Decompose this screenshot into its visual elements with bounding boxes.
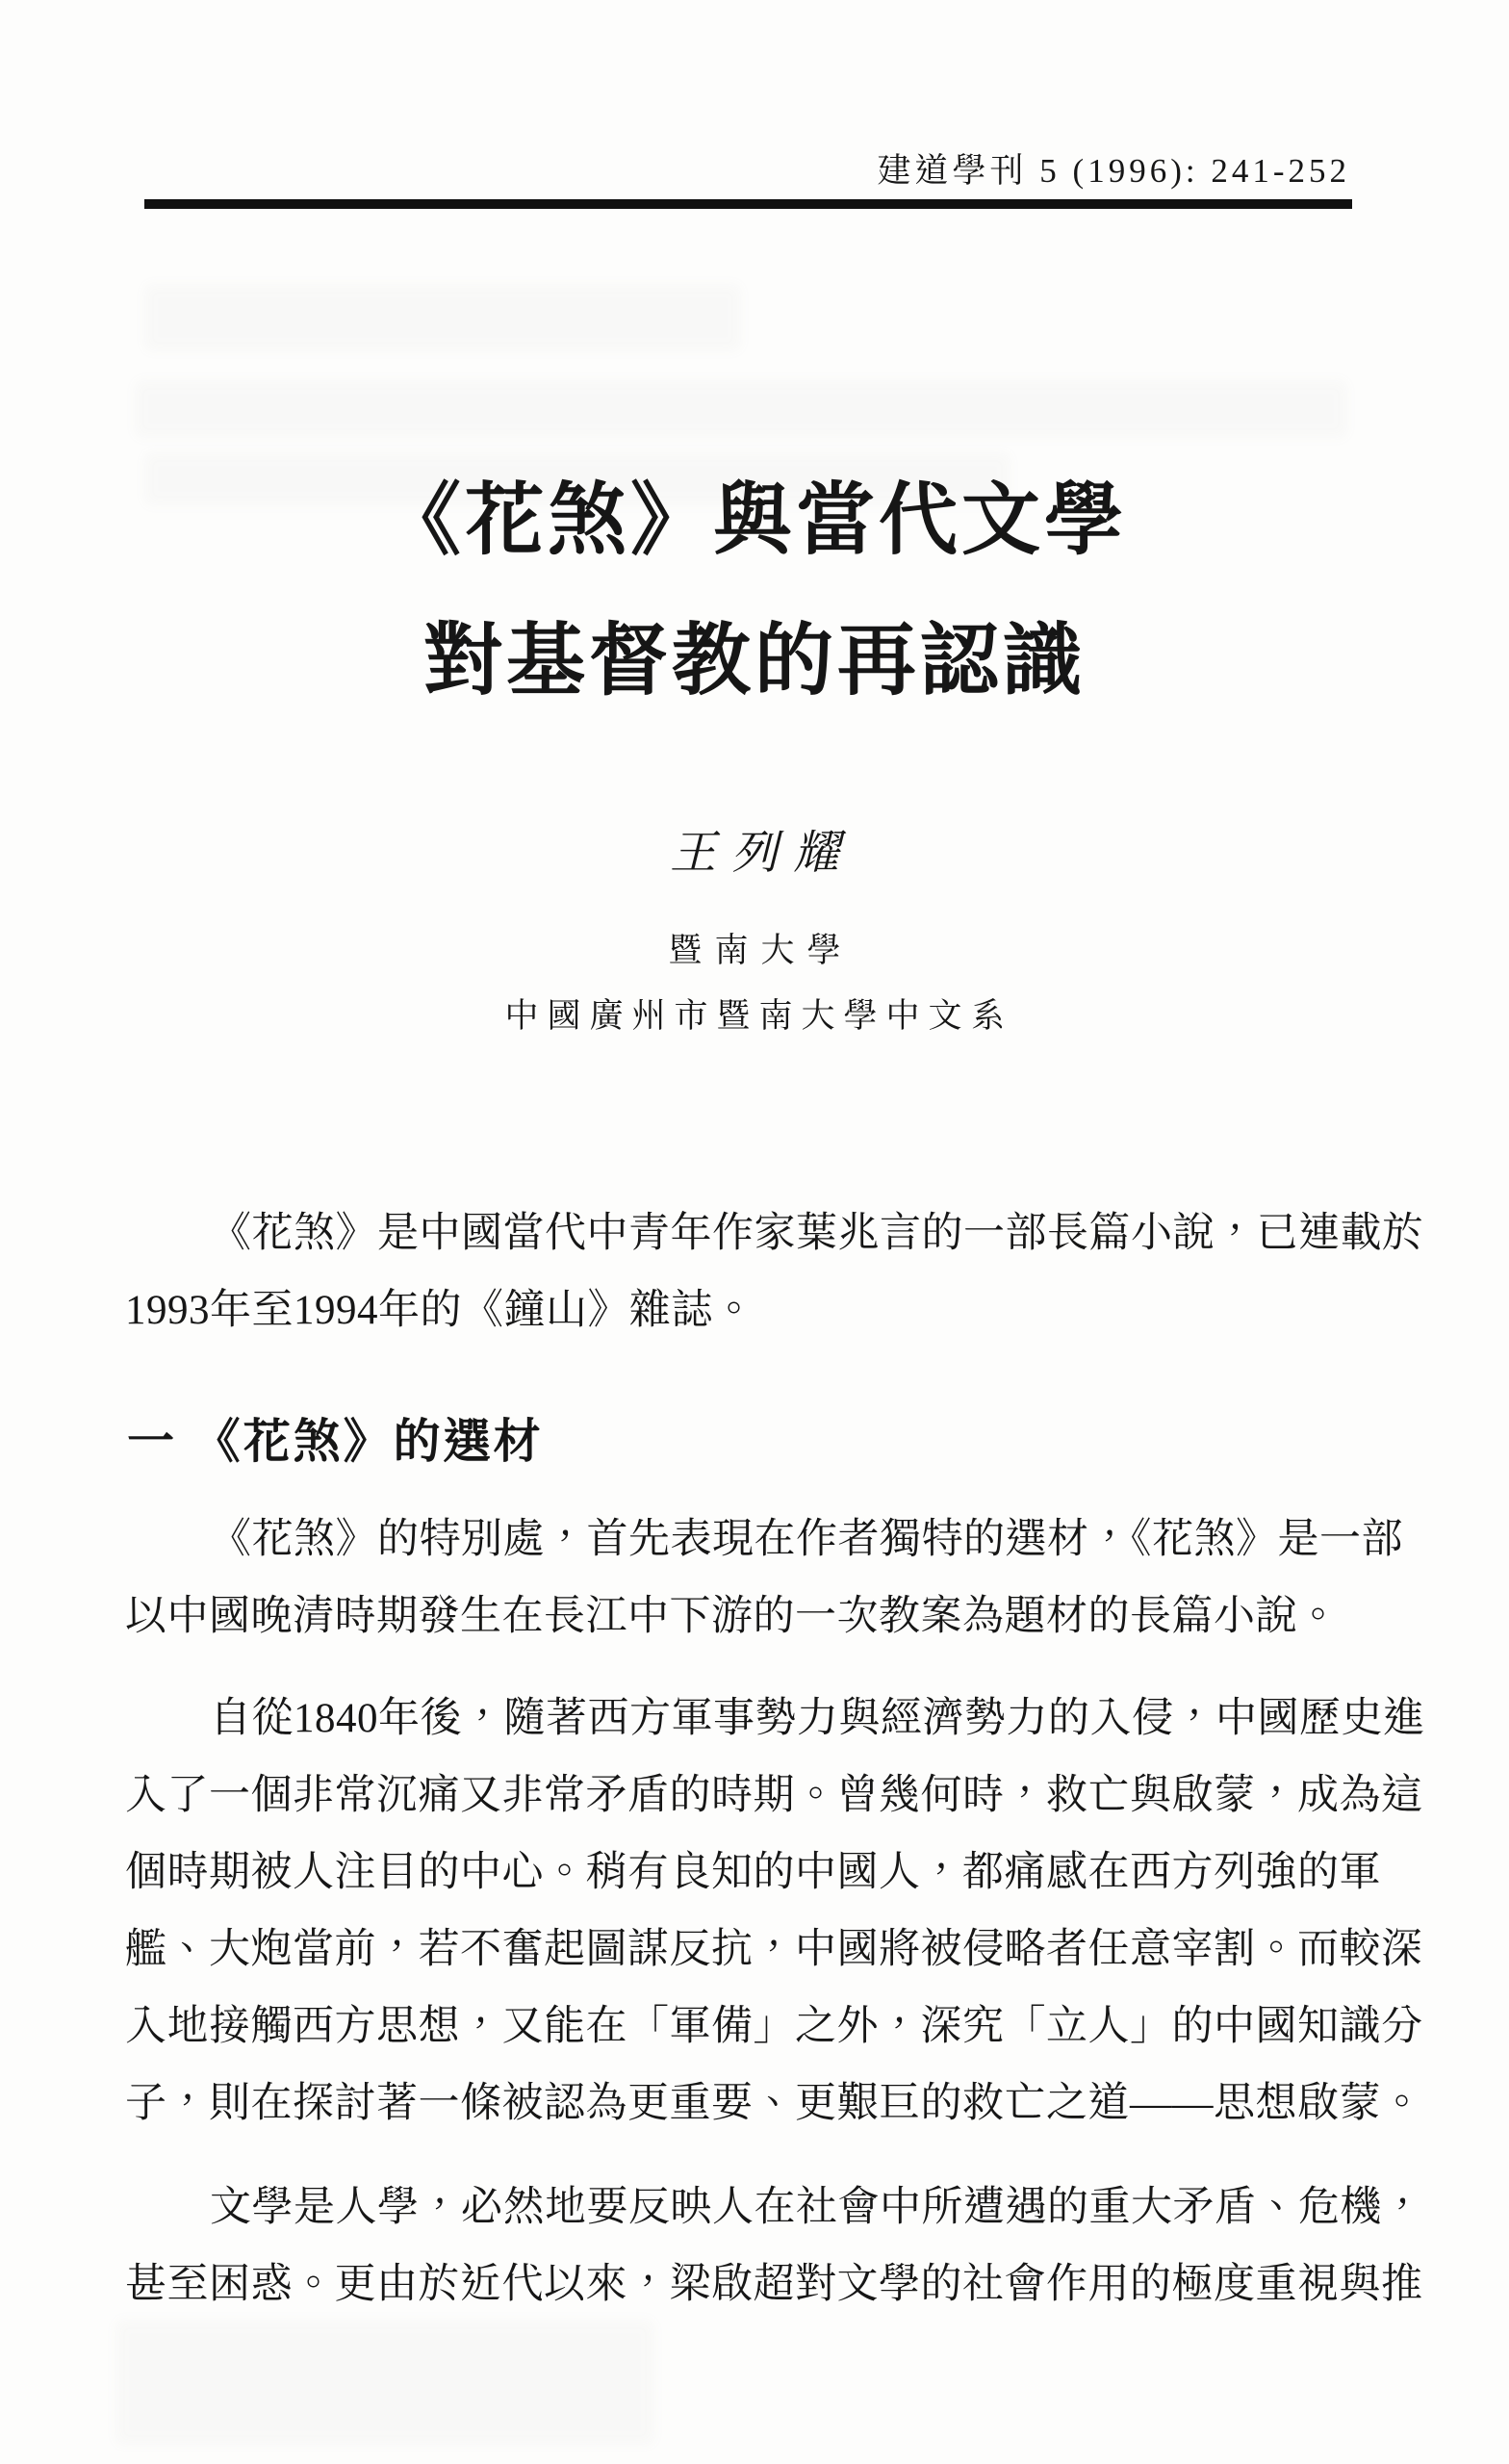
scan-smudge — [115, 2320, 654, 2445]
paragraph-line: 甚至困惑。更由於近代以來，梁啟超對文學的社會作用的極度重視與推 — [125, 2246, 1395, 2323]
author-address: 中國廣州市暨南大學中文系 — [0, 991, 1509, 1041]
article-title: 《花煞》與當代文學 對基督教的再認識 — [0, 450, 1509, 731]
paragraph-line: 《花煞》的特別處，首先表現在作者獨特的選材，《花煞》是一部 — [125, 1501, 1395, 1578]
paragraph-line: 自從1840年後，隨著西方軍事勢力與經濟勢力的入侵，中國歷史進 — [125, 1681, 1395, 1758]
paragraph-line: 文學是人學，必然地要反映人在社會中所遭遇的重大矛盾、危機， — [125, 2169, 1395, 2246]
author-name: 王列耀 — [0, 820, 1509, 887]
paragraph-line: 子，則在探討著一條被認為更重要、更艱巨的救亡之道——思想啟蒙。 — [125, 2066, 1395, 2143]
paragraph-line: 入了一個非常沉痛又非常矛盾的時期。曾幾何時，救亡與啟蒙，成為這 — [125, 1758, 1395, 1835]
header-rule — [144, 199, 1352, 209]
paragraph-line: 個時期被人注目的中心。稍有良知的中國人，都痛感在西方列強的軍 — [125, 1835, 1395, 1912]
paragraph-line: 《花煞》是中國當代中青年作家葉兆言的一部長篇小說，已連載於 — [125, 1195, 1395, 1272]
article-title-line2: 對基督教的再認識 — [0, 591, 1509, 731]
author-institution: 暨南大學 — [0, 926, 1509, 976]
paragraph-line: 艦、大炮當前，若不奮起圖謀反抗，中國將被侵略者任意宰割。而較深 — [125, 1912, 1395, 1989]
paragraph-intro: 《花煞》是中國當代中青年作家葉兆言的一部長篇小說，已連載於 1993年至1994… — [125, 1195, 1395, 1349]
scan-smudge — [144, 284, 741, 351]
scanned-page: 建道學刊 5 (1996): 241-252 《花煞》與當代文學 對基督教的再認… — [0, 0, 1509, 2464]
paragraph-history: 自從1840年後，隨著西方軍事勢力與經濟勢力的入侵，中國歷史進 入了一個非常沉痛… — [125, 1681, 1395, 2143]
scan-smudge — [135, 380, 1347, 438]
section-heading: 一 《花煞》的選材 — [127, 1403, 544, 1480]
paragraph-line: 入地接觸西方思想，又能在「軍備」之外，深究「立人」的中國知識分 — [125, 1989, 1395, 2066]
paragraph-line: 以中國晚清時期發生在長江中下游的一次教案為題材的長篇小說。 — [125, 1578, 1395, 1655]
journal-citation: 建道學刊 5 (1996): 241-252 — [878, 146, 1350, 196]
paragraph-line: 1993年至1994年的《鐘山》雜誌。 — [125, 1272, 1395, 1349]
article-title-line1: 《花煞》與當代文學 — [0, 450, 1509, 591]
paragraph-selection: 《花煞》的特別處，首先表現在作者獨特的選材，《花煞》是一部 以中國晚清時期發生在… — [125, 1501, 1395, 1655]
paragraph-literature: 文學是人學，必然地要反映人在社會中所遭遇的重大矛盾、危機， 甚至困惑。更由於近代… — [125, 2169, 1395, 2323]
